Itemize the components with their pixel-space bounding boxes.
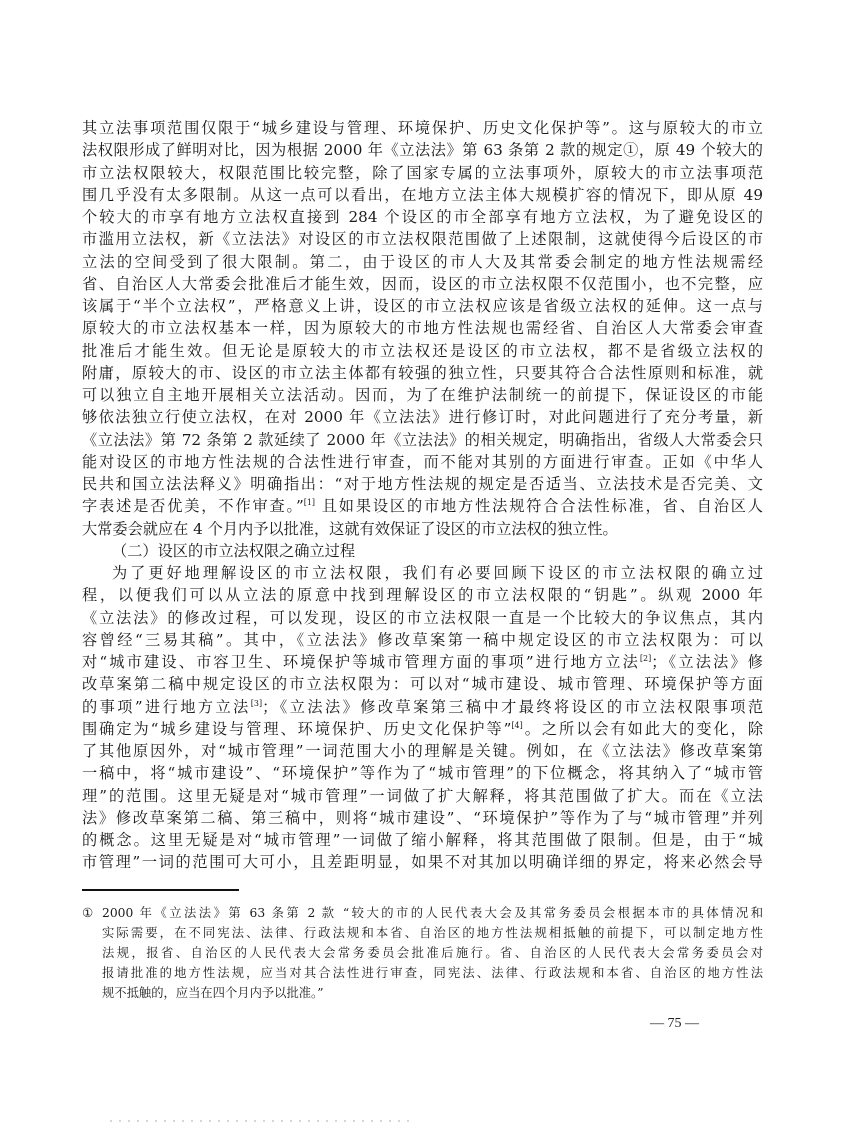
citation-ref[interactable]: [1] (304, 498, 315, 507)
body-line: 大常委会就应在 4 个月内予以批准，这就有效保证了设区的市立法权的独立性。 (82, 518, 763, 540)
document-page: 其立法事项范围仅限于“城乡建设与管理、环境保护、历史文化保护等”。这与原较大的市… (0, 0, 843, 1123)
body-line: 了其他原因外，对“城市管理”一词范围大小的理解是关键。例如，在《立法法》修改草案… (82, 740, 763, 762)
body-line: 够依法独立行使立法权，在对 2000 年《立法法》进行修订时，对此问题进行了充分… (82, 406, 763, 428)
body-line: 容曾经“三易其稿”。其中，《立法法》修改草案第一稿中规定设区的市立法权限为：可以 (82, 629, 763, 651)
body-line: 改草案第二稿中规定设区的市立法权限为：可以对“城市建设、城市管理、环境保护等方面 (82, 673, 763, 695)
body-line: 的事项”进行地方立法[3]；《立法法》修改草案第三稿中才最终将设区的市立法权限事… (82, 696, 763, 718)
body-line: 个较大的市享有地方立法权直接到 284 个设区的市全部享有地方立法权，为了避免设… (82, 206, 763, 228)
body-line: 法权限形成了鲜明对比，因为根据 2000 年《立法法》第 63 条第 2 款的规… (82, 139, 763, 161)
page-number: — 75 — (650, 1016, 699, 1032)
body-line: 其立法事项范围仅限于“城乡建设与管理、环境保护、历史文化保护等”。这与原较大的市… (82, 117, 763, 139)
footnote-line: 法规，报省、自治区的人民代表大会常务委员会批准后施行。省、自治区的人民代表大会常… (82, 943, 763, 963)
body-line-text: 字表述是否优美，不作审查。” (82, 497, 304, 515)
body-line: 原较大的市立法权基本一样，因为原较大的市地方性法规也需经省、自治区人大常委会审查 (82, 317, 763, 339)
body-line: 市管理”一词的范围可大可小，且差距明显，如果不对其加以明确详细的界定，将来必然会… (82, 851, 763, 873)
body-line: 理”的范围。这里无疑是对“城市管理”一词做了扩大解释，将其范围做了扩大。而在《立… (82, 785, 763, 807)
body-line-text: 的事项”进行地方立法 (82, 698, 251, 716)
citation-ref[interactable]: [4] (511, 721, 522, 730)
body-line: 该属于“半个立法权”，严格意义上讲，设区的市立法权应该是省级立法权的延伸。这一点… (82, 295, 763, 317)
body-line: 对“城市建设、市容卫生、环境保护等城市管理方面的事项”进行地方立法[2]；《立法… (82, 651, 763, 673)
body-line: 可以独立自主地开展相关立法活动。因而，为了在维护法制统一的前提下，保证设区的市能 (82, 384, 763, 406)
body-line: 围确定为“城乡建设与管理、环境保护、历史文化保护等”[4]。之所以会有如此大的变… (82, 718, 763, 740)
body-line-text: 且如果设区的市地方性法规符合合法性标准，省、自治区人 (322, 497, 763, 515)
body-line: 字表述是否优美，不作审查。”[1] 且如果设区的市地方性法规符合合法性标准，省、… (82, 495, 763, 517)
footnotes: ①2000 年《立法法》第 63 条第 2 款 “较大的市的人民代表大会及其常务… (82, 903, 763, 1003)
body-line: 为了更好地理解设区的市立法权限，我们有必要回顾下设区的市立法权限的确立过 (82, 562, 763, 584)
footnote-marker: ① (82, 903, 102, 923)
footnote-line: ①2000 年《立法法》第 63 条第 2 款 “较大的市的人民代表大会及其常务… (82, 903, 763, 923)
section-heading: （二）设区的市立法权限之确立过程 (82, 540, 763, 562)
body-line: 立法的空间受到了很大限制。第二，由于设区的市人大及其常委会制定的地方性法规需经 (82, 251, 763, 273)
body-line: 一稿中，将“城市建设”、“环境保护”等作为了“城市管理”的下位概念，将其纳入了“… (82, 762, 763, 784)
footnote-divider (82, 889, 239, 891)
body-line: 程，以便我们可以从立法的原意中找到理解设区的市立法权限的“钥匙”。纵观 2000… (82, 584, 763, 606)
body-line: 围几乎没有太多限制。从这一点可以看出，在地方立法主体大规模扩容的情况下，即从原 … (82, 184, 763, 206)
footnote-text: 2000 年《立法法》第 63 条第 2 款 “较大的市的人民代表大会及其常务委… (102, 906, 763, 920)
citation-ref[interactable]: [2] (640, 654, 651, 663)
body-line: 附庸，原较大的市、设区的市立法主体都有较强的独立性，只要其符合合法性原则和标准，… (82, 362, 763, 384)
footnote-line: 报请批准的地方性法规，应当对其合法性进行审查，同宪法、法律、行政法规和本省、自治… (82, 963, 763, 983)
body-line-text: 围确定为“城乡建设与管理、环境保护、历史文化保护等” (82, 720, 511, 738)
body-line-text: 。之所以会有如此大的变化，除 (523, 720, 763, 738)
body-line: 《立法法》的修改过程，可以发现，设区的市立法权限一直是一个比较大的争议焦点，其内 (82, 607, 763, 629)
body-line: 市立法权限较大，权限范围比较完整，除了国家专属的立法事项外，原较大的市立法事项范 (82, 162, 763, 184)
body-text: 其立法事项范围仅限于“城乡建设与管理、环境保护、历史文化保护等”。这与原较大的市… (82, 117, 763, 874)
body-line: 批准后才能生效。但无论是原较大的市立法权还是设区的市立法权，都不是省级立法权的 (82, 340, 763, 362)
body-line-text: ；《立法法》修改草案第三稿中才最终将设区的市立法权限事项范 (262, 698, 763, 716)
body-line-text: 对“城市建设、市容卫生、环境保护等城市管理方面的事项”进行地方立法 (82, 653, 640, 671)
body-line: 市滥用立法权，新《立法法》对设区的市立法权限范围做了上述限制，这就使得今后设区的… (82, 228, 763, 250)
scan-artifact-line (110, 1120, 410, 1122)
body-line-text: ；《立法法》修 (651, 653, 763, 671)
footnote-line: 实际需要，在不同宪法、法律、行政法规和本省、自治区的地方性法规相抵触的前提下，可… (82, 923, 763, 943)
body-line: 民共和国立法法释义》明确指出：“对于地方性法规的规定是否适当、立法技术是否完美、… (82, 473, 763, 495)
body-line: 《立法法》第 72 条第 2 款延续了 2000 年《立法法》的相关规定，明确指… (82, 429, 763, 451)
citation-ref[interactable]: [3] (251, 699, 262, 708)
body-line: 省、自治区人大常委会批准后才能生效，因而，设区的市立法权限不仅范围小，也不完整，… (82, 273, 763, 295)
footnote-line: 规不抵触的，应当在四个月内予以批准。” (82, 983, 763, 1003)
body-line: 法》修改草案第二稿、第三稿中，则将“城市建设”、“环境保护”等作为了与“城市管理… (82, 807, 763, 829)
body-line: 的概念。这里无疑是对“城市管理”一词做了缩小解释，将其范围做了限制。但是，由于“… (82, 829, 763, 851)
body-line: 能对设区的市地方性法规的合法性进行审查，而不能对其别的方面进行审查。正如《中华人 (82, 451, 763, 473)
